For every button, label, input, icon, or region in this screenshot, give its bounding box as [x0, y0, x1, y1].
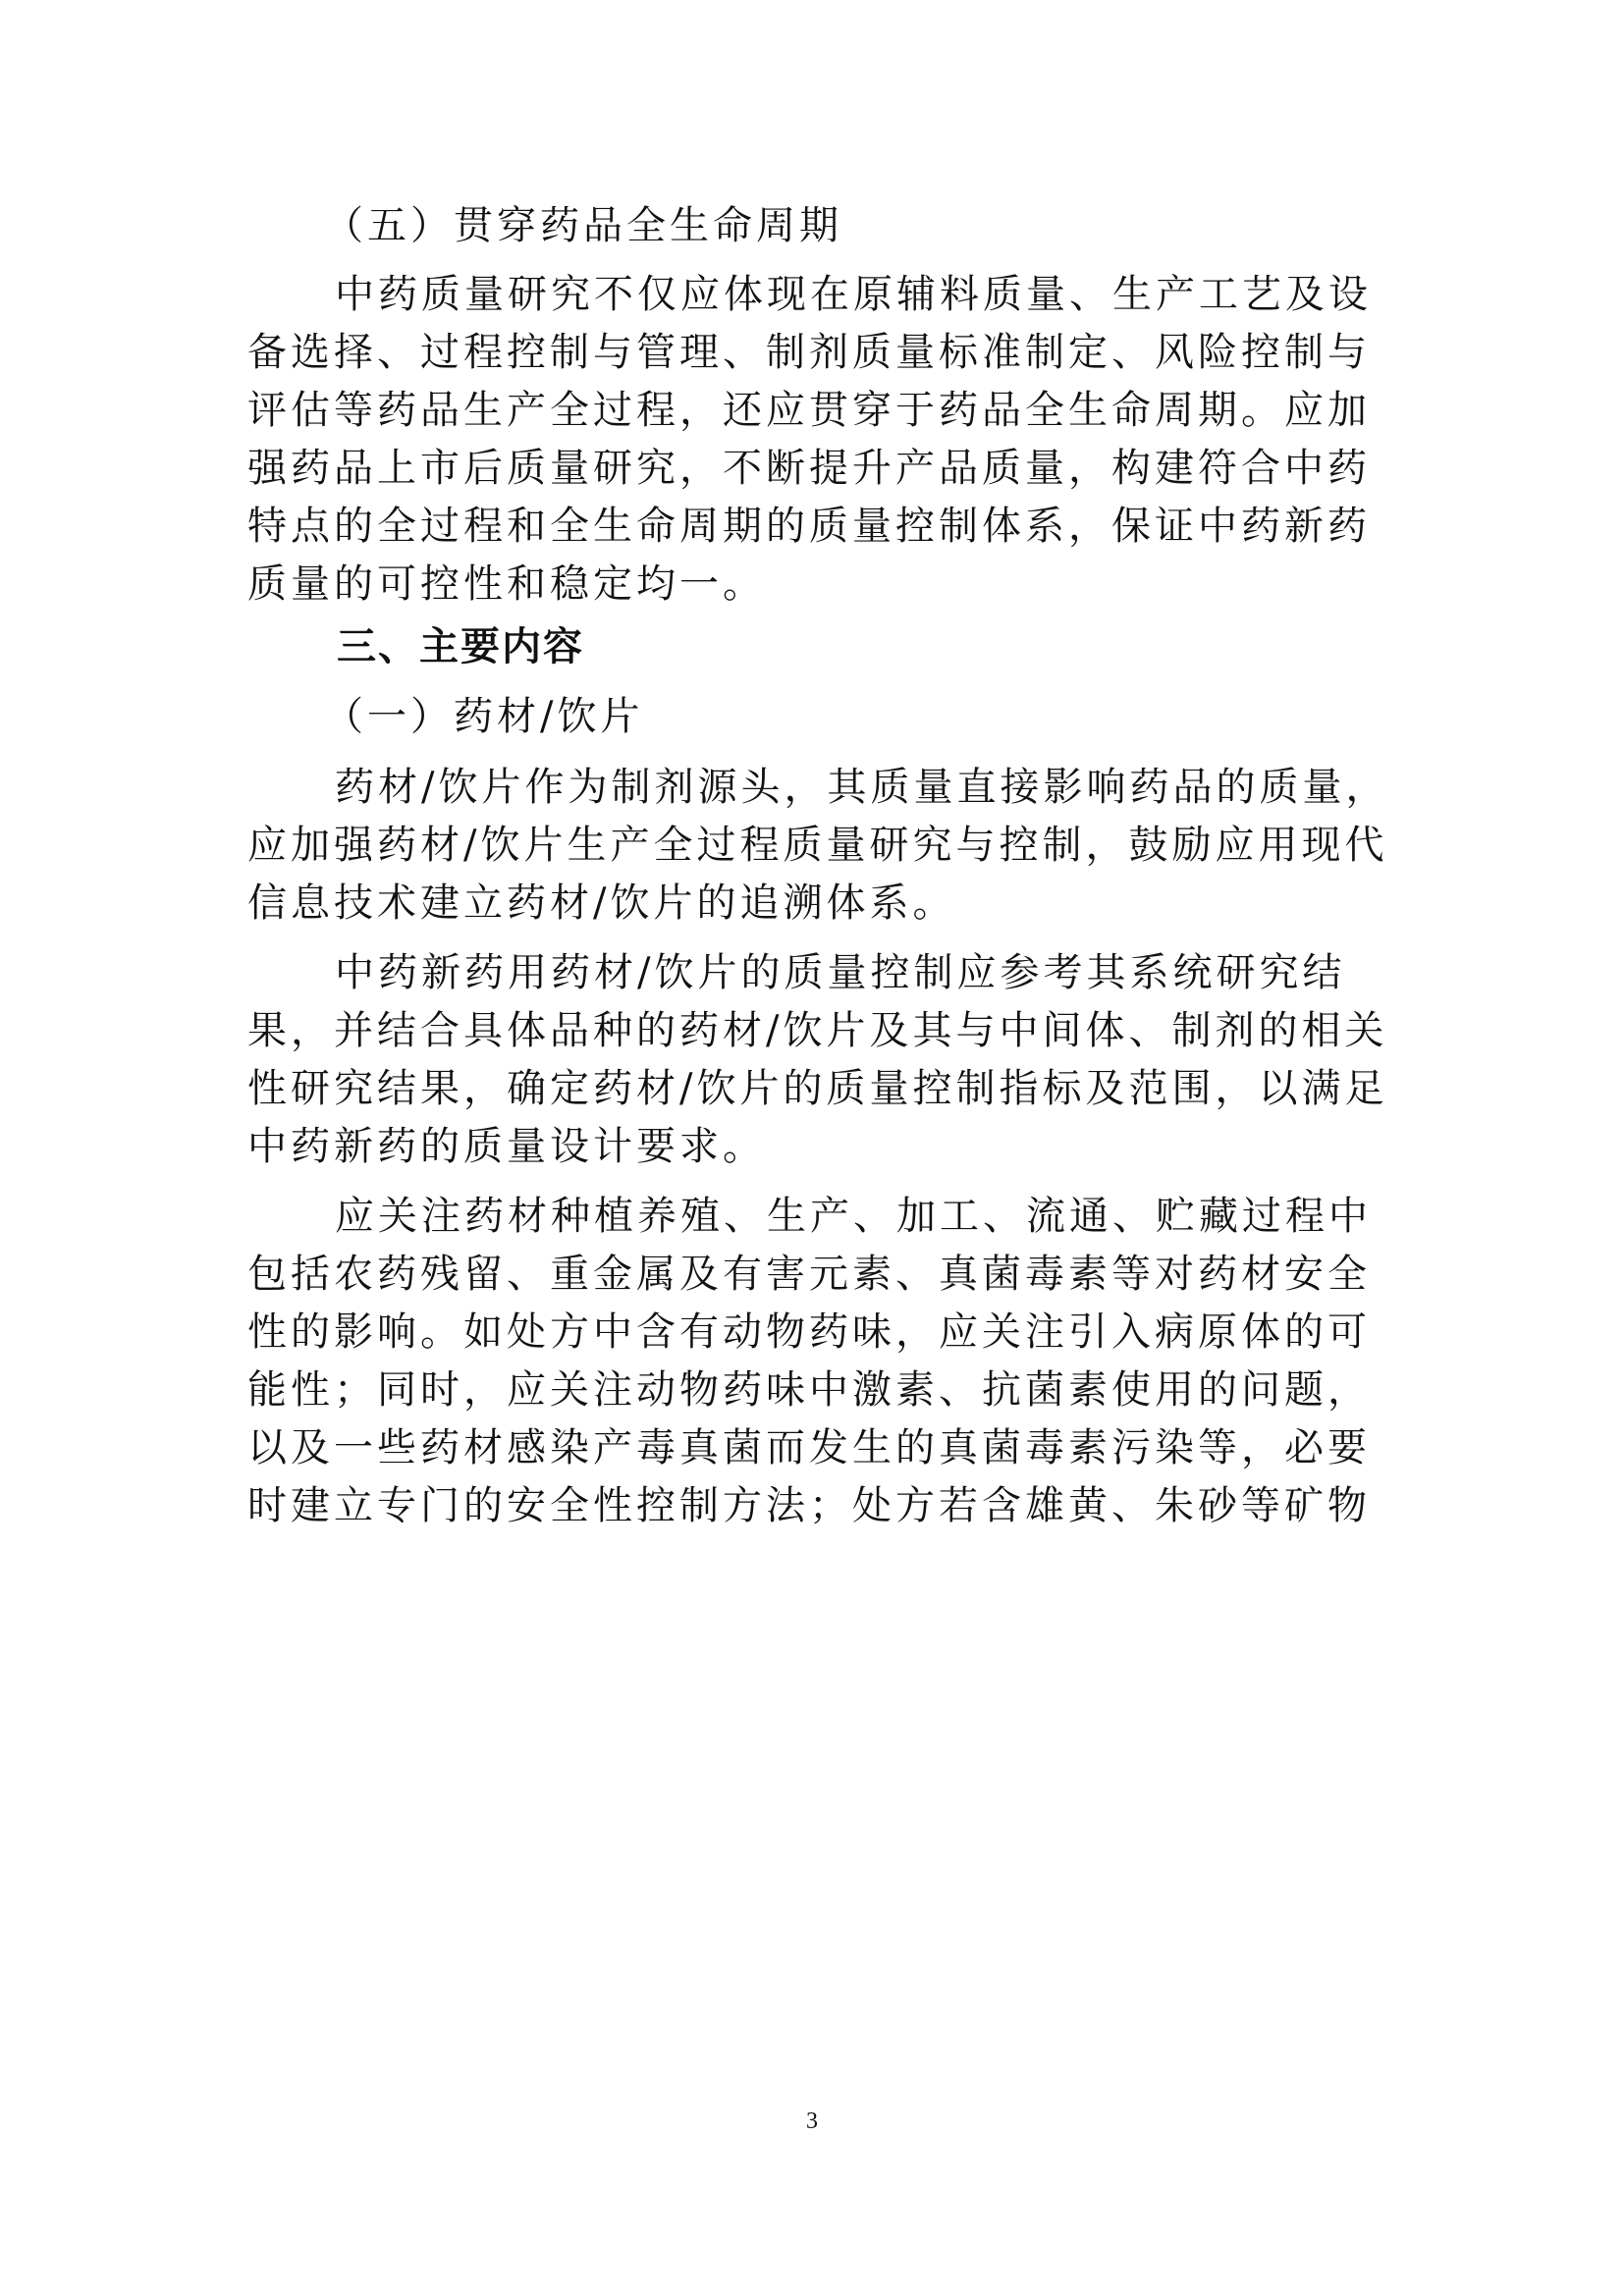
paragraph-line: 果，并结合具体品种的药材/饮片及其与中间体、制剂的相关	[247, 1003, 1396, 1058]
paragraph-line: 能性；同时，应关注动物药味中激素、抗菌素使用的问题，	[247, 1362, 1396, 1417]
page-number: 3	[0, 2109, 1624, 2135]
part-heading-3: 三、主要内容	[337, 619, 1486, 674]
paragraph-line: 中药新药的质量设计要求。	[247, 1119, 1396, 1174]
paragraph-line: 中药质量研究不仅应体现在原辅料质量、生产工艺及设	[335, 267, 1484, 322]
paragraph-line: 包括农药残留、重金属及有害元素、真菌毒素等对药材安全	[247, 1247, 1396, 1302]
paragraph-line: 时建立专门的安全性控制方法；处方若含雄黄、朱砂等矿物	[247, 1478, 1396, 1533]
paragraph-line: 性研究结果，确定药材/饮片的质量控制指标及范围，以满足	[247, 1061, 1396, 1116]
paragraph-line: 以及一些药材感染产毒真菌而发生的真菌毒素污染等，必要	[247, 1420, 1396, 1475]
paragraph-line: 性的影响。如处方中含有动物药味，应关注引入病原体的可	[247, 1305, 1396, 1360]
paragraph-line: 信息技术建立药材/饮片的追溯体系。	[247, 876, 1396, 931]
paragraph-line: 应加强药材/饮片生产全过程质量研究与控制，鼓励应用现代	[247, 818, 1396, 873]
paragraph-line: 应关注药材种植养殖、生产、加工、流通、贮藏过程中	[335, 1189, 1484, 1244]
paragraph-line: 质量的可控性和稳定均一。	[247, 557, 1396, 612]
document-page: （五）贯穿药品全生命周期 中药质量研究不仅应体现在原辅料质量、生产工艺及设 备选…	[0, 0, 1624, 2296]
paragraph-line: 评估等药品生产全过程，还应贯穿于药品全生命周期。应加	[247, 383, 1396, 438]
paragraph-line: 中药新药用药材/饮片的质量控制应参考其系统研究结	[335, 945, 1484, 1000]
section-heading-1: （一）药材/饮片	[324, 689, 1473, 744]
paragraph-line: 药材/饮片作为制剂源头，其质量直接影响药品的质量，	[335, 760, 1484, 815]
section-heading-5: （五）贯穿药品全生命周期	[324, 198, 1473, 253]
paragraph-line: 强药品上市后质量研究，不断提升产品质量，构建符合中药	[247, 441, 1396, 496]
paragraph-line: 特点的全过程和全生命周期的质量控制体系，保证中药新药	[247, 499, 1396, 554]
paragraph-line: 备选择、过程控制与管理、制剂质量标准制定、风险控制与	[247, 325, 1396, 380]
